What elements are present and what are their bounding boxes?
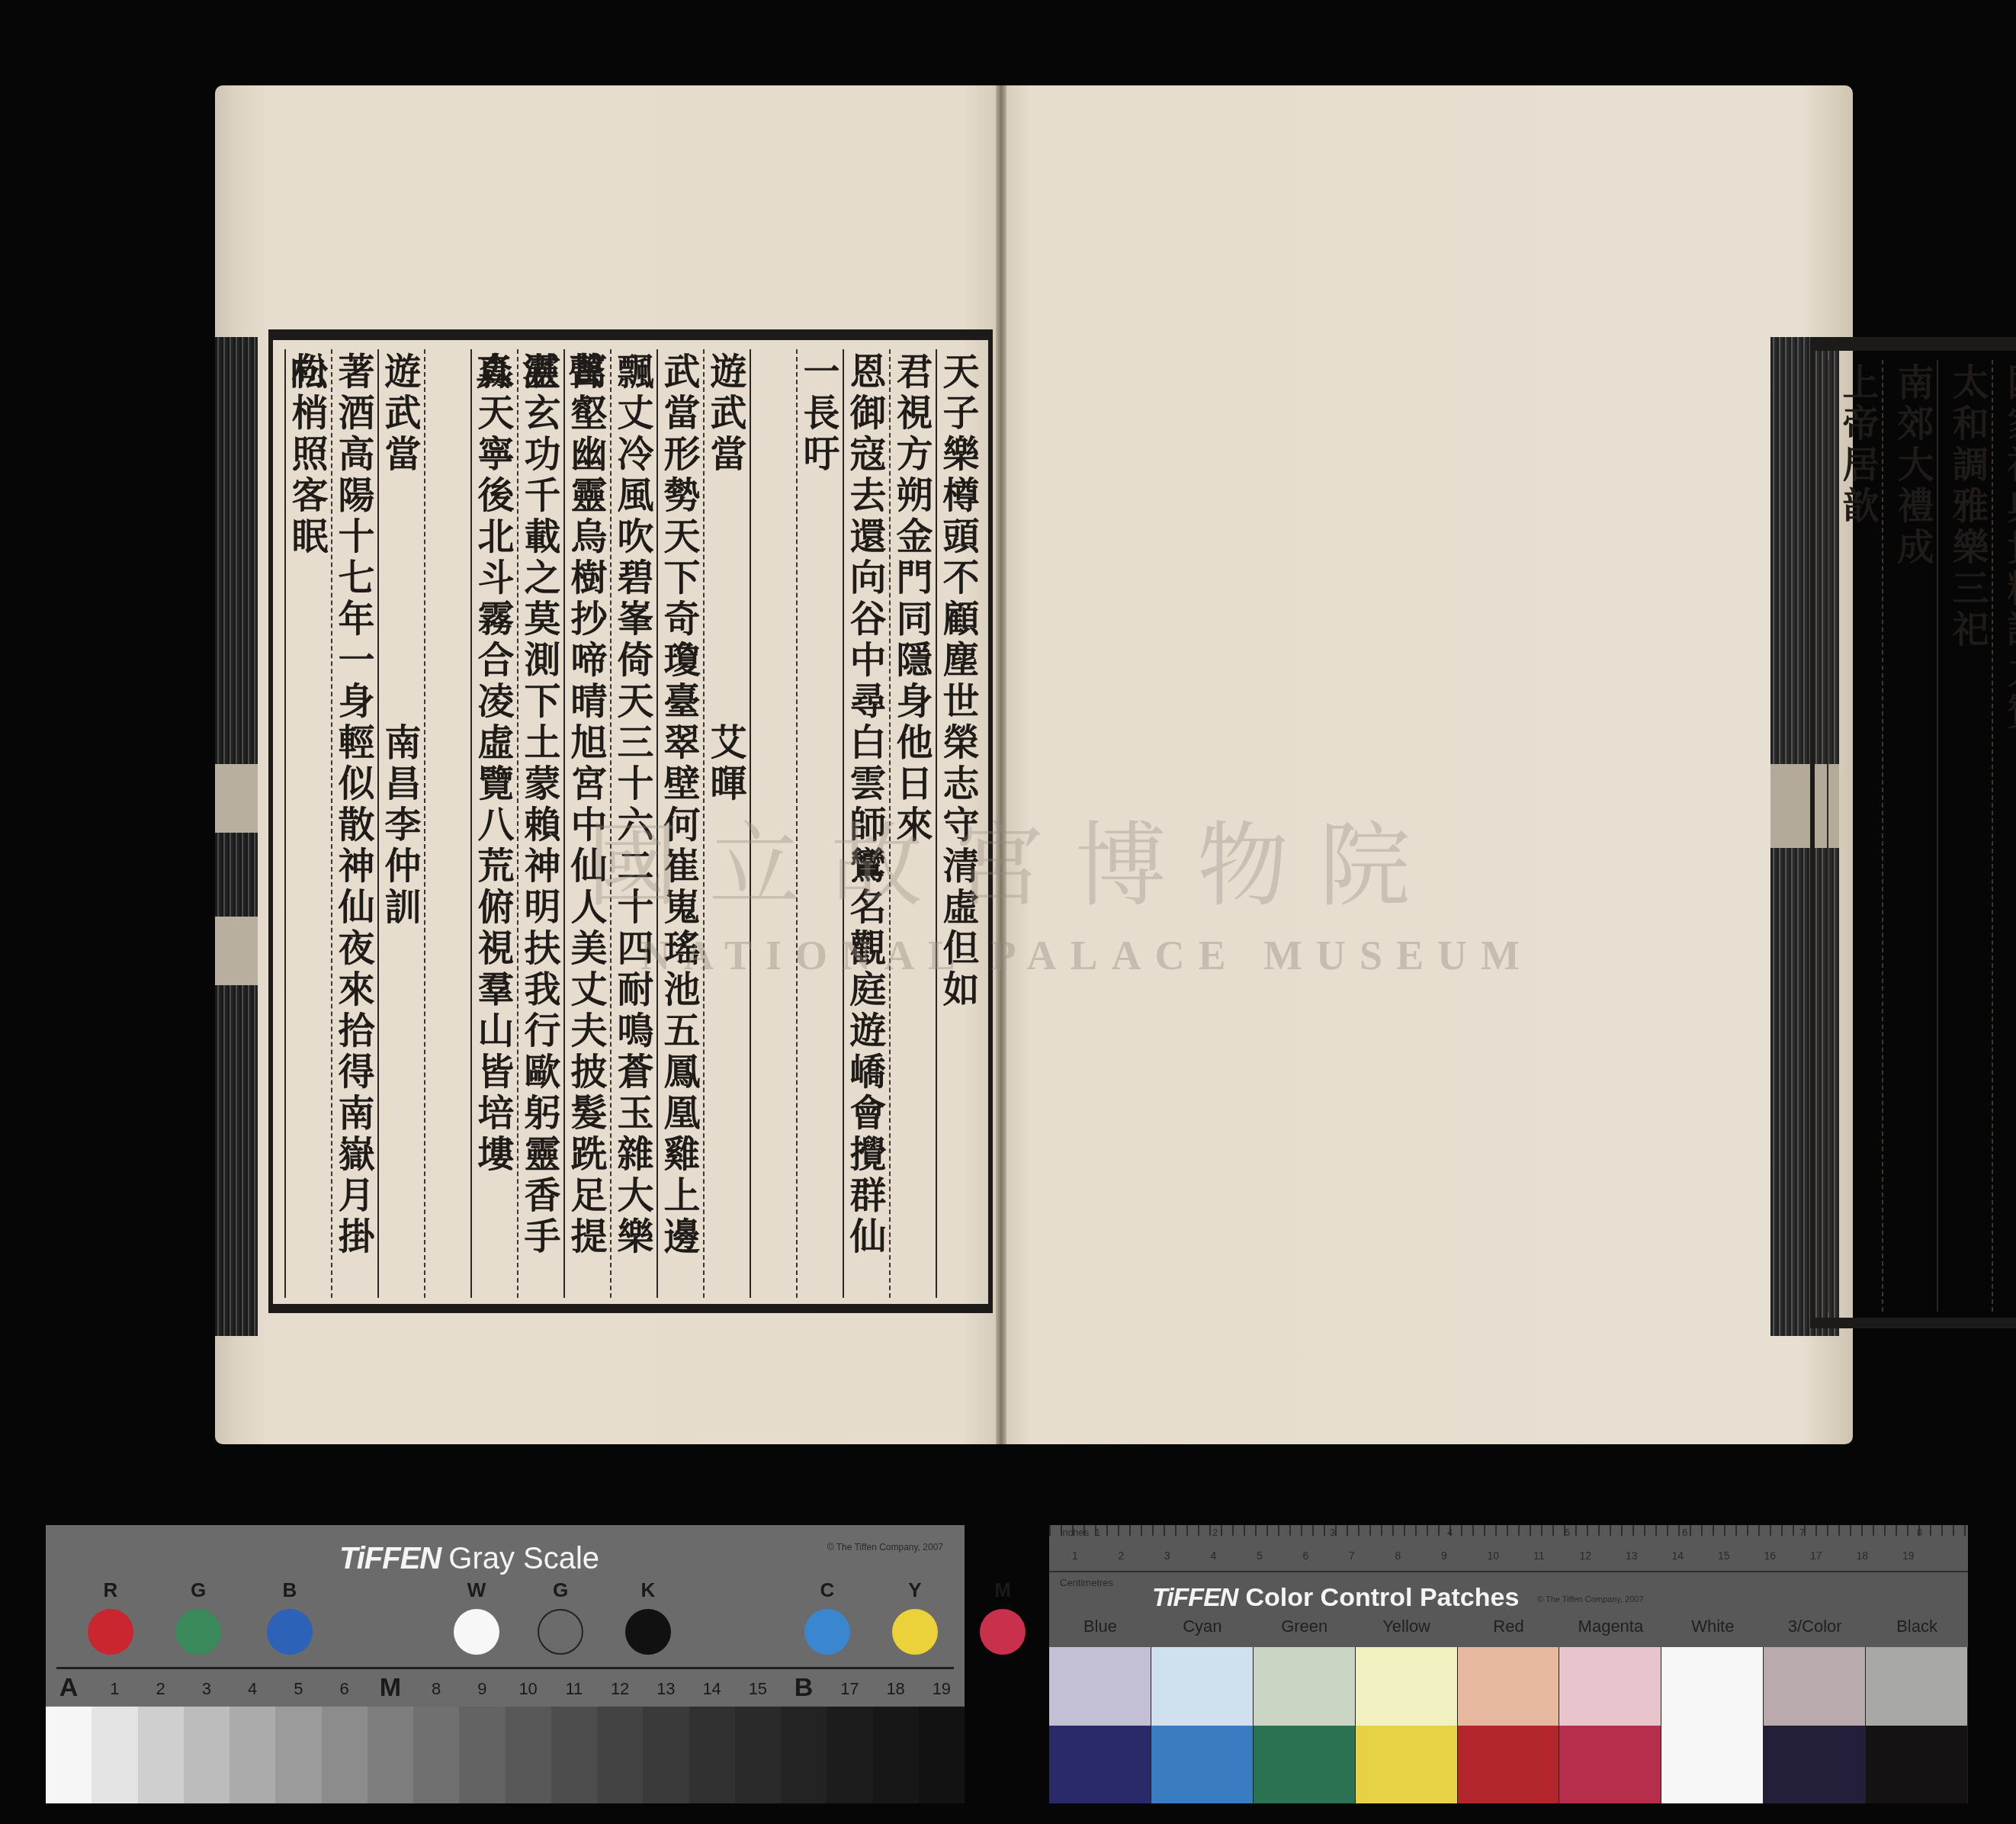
color-dot-b: B	[267, 1578, 313, 1662]
patch-dark	[1866, 1726, 1967, 1804]
tiffen-logo: TiFFEN	[1152, 1583, 1238, 1612]
text-column: 靈玄功千載之莫測下土蒙賴神明扶我行歐躬靈香手真	[517, 349, 563, 1298]
step-label: 5	[275, 1670, 321, 1704]
cm-mark: 18	[1857, 1549, 1869, 1562]
patch-dark	[1559, 1726, 1661, 1804]
patch-label: Black	[1866, 1617, 1968, 1636]
patch-light	[1151, 1647, 1253, 1726]
text-column: 遊武當 南昌李仲訓	[377, 349, 424, 1298]
gray-steps	[46, 1707, 965, 1803]
patch-blue	[1049, 1647, 1151, 1803]
gray-step	[184, 1707, 230, 1803]
right-page-columns: 鈞山高處晨旗峯林下仙家翠霧重身向九霄鳴珮玉何時歸去看雲松雲谷詩 上清曾希鳴雲中之…	[1821, 360, 2016, 1312]
patch-dark	[1661, 1726, 1763, 1804]
patch-light	[1661, 1647, 1763, 1726]
dot-swatch	[267, 1609, 313, 1655]
cm-mark: 4	[1211, 1549, 1217, 1562]
cm-mark: 14	[1672, 1549, 1684, 1562]
gray-step	[873, 1707, 919, 1803]
text-column: 松梢照客眠	[284, 349, 331, 1298]
dot-label: Y	[892, 1578, 938, 1602]
step-label: 9	[459, 1670, 505, 1704]
color-dot-g: G	[175, 1578, 221, 1662]
patch-label: Cyan	[1151, 1617, 1254, 1636]
gray-step	[275, 1707, 321, 1803]
step-label: 15	[735, 1670, 781, 1704]
gray-step	[230, 1707, 275, 1803]
patch-dark	[1151, 1726, 1253, 1804]
inch-mark: 8	[1917, 1527, 1922, 1538]
patch-light	[1458, 1647, 1559, 1726]
cm-mark: 15	[1718, 1549, 1730, 1562]
patch-labels: BlueCyanGreenYellowRedMagentaWhite3/Colo…	[1049, 1617, 1968, 1636]
patch-label: 3/Color	[1764, 1617, 1866, 1636]
patch-dark	[1356, 1726, 1457, 1804]
gray-step	[506, 1707, 551, 1803]
gray-step	[551, 1707, 597, 1803]
dot-label: M	[980, 1578, 1026, 1602]
gray-step	[322, 1707, 368, 1803]
gray-step	[91, 1707, 137, 1803]
dot-swatch	[175, 1609, 221, 1655]
cm-mark: 12	[1580, 1549, 1592, 1562]
patch-black	[1866, 1647, 1968, 1803]
color-dot-y: Y	[892, 1578, 938, 1662]
step-label: 13	[643, 1670, 689, 1704]
inch-mark: 5	[1565, 1527, 1570, 1538]
patch-light	[1254, 1647, 1355, 1726]
cm-mark: 7	[1349, 1549, 1355, 1562]
gray-step	[781, 1707, 827, 1803]
step-label: 1	[91, 1670, 137, 1704]
patch-3-color	[1764, 1647, 1866, 1803]
dot-label: W	[454, 1578, 499, 1602]
gray-step	[597, 1707, 643, 1803]
gray-step	[413, 1707, 459, 1803]
dot-swatch	[804, 1609, 850, 1655]
patch-green	[1254, 1647, 1356, 1803]
gray-step	[459, 1707, 505, 1803]
patch-light	[1356, 1647, 1457, 1726]
centimetres-label: Centimetres	[1060, 1577, 1113, 1588]
dot-label: R	[88, 1578, 133, 1602]
patch-label: Green	[1254, 1617, 1356, 1636]
color-dot-w: W	[454, 1578, 499, 1662]
patch-label: Yellow	[1356, 1617, 1458, 1636]
text-column: 淼天寧後北斗霧合凌虛覽八荒俯視羣山皆培塿	[470, 349, 517, 1298]
step-label: 17	[827, 1670, 872, 1704]
cm-mark: 19	[1902, 1549, 1915, 1562]
watermark-english: NATIONAL PALACE MUSEUM	[640, 932, 1533, 979]
gray-step	[46, 1707, 91, 1803]
step-label: 18	[873, 1670, 919, 1704]
tiffen-logo: TiFFEN	[339, 1542, 441, 1575]
patch-light	[1866, 1647, 1967, 1726]
left-page-stack-edge	[215, 337, 258, 1336]
step-label: 14	[689, 1670, 735, 1704]
color-dot-r: R	[88, 1578, 133, 1662]
color-dot-c: C	[804, 1578, 850, 1662]
inch-mark: 2	[1212, 1527, 1218, 1538]
color-card-title: TiFFENColor Control Patches	[1152, 1583, 1519, 1613]
step-label: 10	[506, 1670, 551, 1704]
gray-step	[643, 1707, 689, 1803]
gray-step	[689, 1707, 735, 1803]
patch-magenta	[1559, 1647, 1661, 1803]
book-gutter	[996, 85, 1006, 1444]
gray-card-title: TiFFENGray Scale	[339, 1542, 599, 1576]
gray-card-dots: RGBWGKCYM	[46, 1578, 965, 1662]
dot-label: B	[267, 1578, 313, 1602]
color-dot-m: M	[980, 1578, 1026, 1662]
dot-label: K	[625, 1578, 671, 1602]
inch-mark: 7	[1799, 1527, 1805, 1538]
left-page: 天子樂樽頭不顧塵世榮志守清虛但如君視方朔金門同隱身他日來恩御寇去還向谷中尋白雲師…	[215, 85, 1000, 1444]
color-dot-k: K	[625, 1578, 671, 1662]
text-column: 上帝居歆	[1827, 360, 1882, 1312]
step-label: B	[781, 1670, 827, 1704]
dot-swatch	[538, 1609, 583, 1655]
patch-label: White	[1661, 1617, 1764, 1636]
inch-mark: 6	[1682, 1527, 1687, 1538]
dot-label: G	[538, 1578, 583, 1602]
step-label: 2	[138, 1670, 184, 1704]
cm-mark: 2	[1119, 1549, 1125, 1562]
cm-mark: 16	[1764, 1549, 1777, 1562]
patch-red	[1458, 1647, 1560, 1803]
inches-label: Inches	[1060, 1527, 1089, 1538]
step-label: 4	[230, 1670, 275, 1704]
step-label: 12	[597, 1670, 643, 1704]
text-column: 太和調雅樂三祀	[1937, 360, 1992, 1312]
gray-card-copyright: © The Tiffen Company, 2007	[827, 1542, 943, 1553]
cm-mark: 5	[1257, 1549, 1263, 1562]
patch-light	[1559, 1647, 1661, 1726]
tiffen-color-patch-card: Inches 123456781234567891011121314151617…	[1049, 1525, 1968, 1803]
open-book: 天子樂樽頭不顧塵世榮志守清虛但如君視方朔金門同隱身他日來恩御寇去還向谷中尋白雲師…	[215, 85, 1853, 1444]
watermark-chinese: 國立故宮博物院	[587, 793, 1441, 924]
step-label: 19	[919, 1670, 965, 1704]
step-label: 8	[413, 1670, 459, 1704]
patch-label: Blue	[1049, 1617, 1151, 1636]
gray-card-rule	[56, 1667, 954, 1669]
gray-step	[919, 1707, 965, 1803]
cm-mark: 8	[1395, 1549, 1401, 1562]
tiffen-gray-scale-card: TiFFENGray Scale © The Tiffen Company, 2…	[46, 1525, 965, 1803]
step-label: M	[368, 1670, 413, 1704]
dot-swatch	[454, 1609, 499, 1655]
dot-swatch	[892, 1609, 938, 1655]
patch-dark	[1049, 1726, 1151, 1804]
color-dot-g: G	[538, 1578, 583, 1662]
patch-dark	[1458, 1726, 1559, 1804]
patch-yellow	[1356, 1647, 1458, 1803]
patch-cyan	[1151, 1647, 1254, 1803]
color-patches	[1049, 1647, 1968, 1803]
patch-label: Magenta	[1559, 1617, 1661, 1636]
dot-swatch	[625, 1609, 671, 1655]
step-label: 6	[322, 1670, 368, 1704]
patch-white	[1661, 1647, 1764, 1803]
cm-mark: 3	[1164, 1549, 1170, 1562]
dot-label: G	[175, 1578, 221, 1602]
cm-mark: 17	[1810, 1549, 1822, 1562]
cm-mark: 1	[1072, 1549, 1078, 1562]
patch-dark	[1764, 1726, 1865, 1804]
text-column: 南郊大禮成	[1882, 360, 1937, 1312]
color-card-copyright: © The Tiffen Company, 2007	[1537, 1595, 1644, 1604]
cm-mark: 6	[1303, 1549, 1309, 1562]
cm-mark: 10	[1488, 1549, 1500, 1562]
text-column	[424, 349, 470, 1298]
patch-light	[1764, 1647, 1865, 1726]
patch-label: Red	[1458, 1617, 1560, 1636]
gray-step	[138, 1707, 184, 1803]
ruler: Inches 123456781234567891011121314151617…	[1049, 1525, 1968, 1572]
gray-step	[735, 1707, 781, 1803]
inch-mark: 1	[1095, 1527, 1100, 1538]
right-page: 鈞山高處晨旗峯林下仙家翠霧重身向九霄鳴珮玉何時歸去看雲松雲谷詩 上清曾希鳴雲中之…	[1000, 85, 1853, 1444]
inch-mark: 4	[1447, 1527, 1453, 1538]
gray-step-labels: A123456M89101112131415B171819	[46, 1670, 965, 1704]
right-page-text-frame: 鈞山高處晨旗峯林下仙家翠霧重身向九霄鳴珮玉何時歸去看雲松雲谷詩 上清曾希鳴雲中之…	[1810, 337, 2016, 1328]
gray-step	[368, 1707, 413, 1803]
text-column: 著酒高陽十七年一身輕似散神仙夜來拾得南嶽月掛向	[331, 349, 377, 1298]
step-label: 11	[551, 1670, 597, 1704]
step-label: A	[46, 1670, 91, 1704]
dot-label: C	[804, 1578, 850, 1602]
step-label: 3	[184, 1670, 230, 1704]
cm-mark: 13	[1626, 1549, 1638, 1562]
dot-swatch	[88, 1609, 133, 1655]
text-column: 國家祀典貴精誠力贊	[1992, 360, 2016, 1312]
inch-mark: 3	[1330, 1527, 1335, 1538]
gray-step	[827, 1707, 872, 1803]
dot-swatch	[980, 1609, 1026, 1655]
cm-mark: 9	[1441, 1549, 1447, 1562]
patch-dark	[1254, 1726, 1355, 1804]
cm-mark: 11	[1533, 1549, 1545, 1562]
patch-light	[1049, 1647, 1151, 1726]
